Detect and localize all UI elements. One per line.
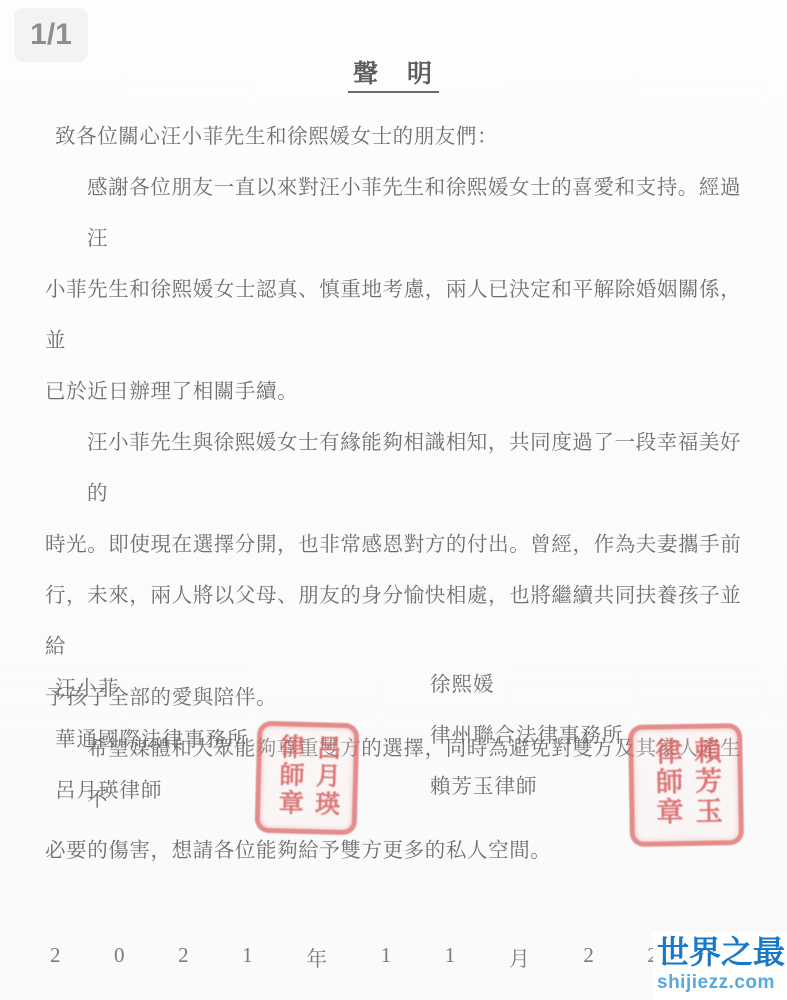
lawyer-name: 賴芳玉律師 (430, 762, 624, 813)
law-firm: 律州聯合法律事務所 (430, 711, 624, 762)
date-char: 2 (50, 943, 61, 973)
party-name: 汪小菲 (55, 664, 249, 715)
body-line: 已於近日辦理了相關手續。 (45, 367, 751, 418)
body-line: 感謝各位朋友一直以來對汪小菲先生和徐熙媛女士的喜愛和支持。經過汪 (45, 163, 751, 265)
date-char: 0 (114, 943, 125, 973)
signature-block-wang: 汪小菲 華通國際法律事務所 呂月瑛律師 (55, 664, 249, 817)
lawyer-seal-right: 賴芳玉律師章 (628, 723, 744, 847)
date-line: 2 0 2 1 年 1 1 月 2 2 (50, 943, 658, 973)
watermark-site-name: 世界之最 (657, 932, 787, 972)
date-char: 年 (306, 943, 327, 973)
date-char: 1 (381, 943, 392, 973)
party-name: 徐熙媛 (430, 660, 624, 711)
body-line: 時光。即使現在選擇分開，也非常感恩對方的付出。曾經，作為夫妻攜手前 (45, 520, 751, 571)
signature-block-xu: 徐熙媛 律州聯合法律事務所 賴芳玉律師 (430, 660, 624, 813)
date-char: 2 (583, 943, 594, 973)
date-char: 1 (242, 943, 253, 973)
date-char: 1 (445, 943, 456, 973)
body-line: 行，未來，兩人將以父母、朋友的身分愉快相處，也將繼續共同扶養孩子並給 (45, 571, 751, 673)
body-line: 小菲先生和徐熙媛女士認真、慎重地考慮，兩人已決定和平解除婚姻關係，並 (45, 265, 751, 367)
law-firm: 華通國際法律事務所 (55, 715, 249, 766)
document-title-text: 聲 明 (348, 61, 439, 93)
seal-text: 賴芳玉律師章 (646, 736, 726, 833)
seal-text: 呂月瑛律師章 (270, 733, 345, 823)
salutation-line: 致各位關心汪小菲先生和徐熙媛女士的朋友們： (45, 112, 751, 163)
site-watermark: 世界之最 shijiezz.com (653, 932, 787, 1000)
date-char: 月 (509, 943, 530, 973)
watermark-site-url: shijiezz.com (657, 972, 787, 994)
document-title: 聲 明 (0, 54, 787, 90)
lawyer-name: 呂月瑛律師 (55, 766, 249, 817)
date-char: 2 (178, 943, 189, 973)
scanned-statement-page: 1/1 聲 明 致各位關心汪小菲先生和徐熙媛女士的朋友們： 感謝各位朋友一直以來… (0, 0, 787, 1000)
lawyer-seal-left: 呂月瑛律師章 (255, 721, 360, 836)
body-line: 汪小菲先生與徐熙媛女士有緣能夠相識相知，共同度過了一段幸福美好的 (45, 418, 751, 520)
